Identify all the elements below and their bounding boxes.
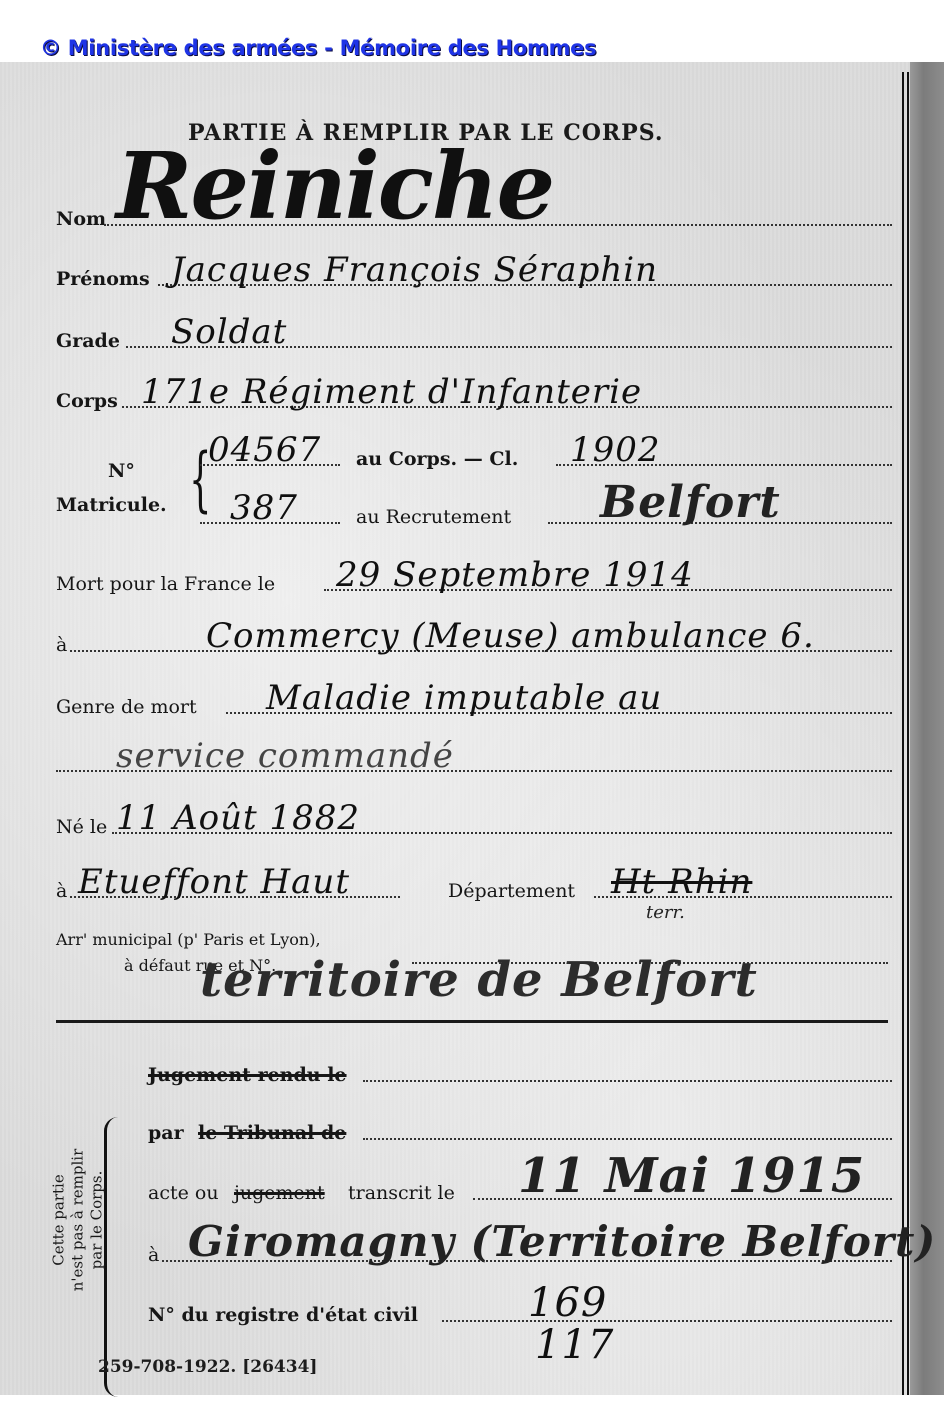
label-corps: Corps bbox=[56, 390, 118, 412]
label-au-corps: au Corps. — Cl. bbox=[356, 448, 518, 470]
label-mort-date: Mort pour la France le bbox=[56, 573, 275, 595]
value-registre-extra: 117 bbox=[535, 1322, 614, 1368]
label-prenoms: Prénoms bbox=[56, 268, 150, 290]
label-acte-struck: jugement bbox=[234, 1182, 325, 1204]
dotted-line bbox=[363, 1138, 892, 1140]
field-grade: Grade Soldat bbox=[56, 324, 892, 354]
field-genre-mort-cont: service commandé bbox=[56, 748, 892, 778]
value-registre: 169 bbox=[528, 1280, 607, 1326]
value-classe: 1902 bbox=[570, 430, 661, 470]
value-acte-lieu: Giromagny (Territoire Belfort) bbox=[188, 1217, 936, 1266]
field-acte: acte ou jugement transcrit le 11 Mai 191… bbox=[148, 1176, 892, 1206]
label-naissance-date: Né le bbox=[56, 816, 107, 838]
value-genre-mort-1: Maladie imputable au bbox=[266, 678, 662, 718]
field-naissance-date: Né le 11 Août 1882 bbox=[56, 810, 892, 840]
field-matricule-recrutement: 387 au Recrutement Belfort bbox=[200, 500, 892, 530]
field-registre: N° du registre d'état civil 169 bbox=[148, 1298, 892, 1328]
field-nom: Nom Reiniche bbox=[56, 202, 892, 232]
label-grade: Grade bbox=[56, 330, 120, 352]
side-note-line: Cette partie bbox=[50, 1149, 69, 1292]
label-genre-mort: Genre de mort bbox=[56, 696, 197, 718]
value-genre-mort-2: service commandé bbox=[116, 736, 454, 776]
side-note-line: par le Corps. bbox=[88, 1149, 107, 1292]
scan-edge bbox=[910, 62, 944, 1395]
label-jugement: Jugement rendu le bbox=[148, 1064, 347, 1086]
field-tribunal: par le Tribunal de bbox=[148, 1116, 892, 1146]
field-acte-lieu: à Giromagny (Territoire Belfort) bbox=[148, 1238, 892, 1268]
value-recrutement: Belfort bbox=[600, 477, 781, 528]
field-genre-mort: Genre de mort Maladie imputable au bbox=[56, 690, 892, 720]
side-note-line: n'est pas à remplir bbox=[69, 1149, 88, 1292]
label-registre: N° du registre d'état civil bbox=[148, 1304, 418, 1326]
death-record-card: PARTIE À REMPLIR PAR LE CORPS. Nom Reini… bbox=[0, 62, 944, 1395]
border-rule bbox=[902, 72, 904, 1395]
label-transcrit: transcrit le bbox=[348, 1182, 455, 1204]
value-departement-correction: terr. bbox=[646, 902, 685, 923]
value-matricule-corps: 04567 bbox=[208, 430, 321, 470]
value-acte-date: 11 Mai 1915 bbox=[518, 1148, 865, 1204]
field-mort-date: Mort pour la France le 29 Septembre 1914 bbox=[56, 567, 892, 597]
value-arrondissement: territoire de Belfort bbox=[200, 952, 758, 1008]
value-naissance-lieu: Etueffont Haut bbox=[78, 862, 350, 902]
side-note: Cette partie n'est pas à remplir par le … bbox=[20, 1105, 140, 1335]
section-divider bbox=[56, 1020, 888, 1023]
field-prenoms: Prénoms Jacques François Séraphin bbox=[56, 262, 892, 292]
field-naissance-lieu: à Etueffont Haut Département Ht Rhin ter… bbox=[56, 874, 892, 904]
dotted-line bbox=[442, 1320, 892, 1322]
value-departement-struck: Ht Rhin bbox=[611, 862, 752, 902]
label-naissance-lieu: à bbox=[56, 880, 67, 902]
label-au-recrutement: au Recrutement bbox=[356, 506, 511, 528]
value-prenoms: Jacques François Séraphin bbox=[171, 250, 658, 290]
value-nom: Reiniche bbox=[116, 132, 553, 240]
label-tribunal: le Tribunal de bbox=[198, 1122, 346, 1144]
label-nom: Nom bbox=[56, 208, 106, 230]
dotted-line bbox=[363, 1080, 892, 1082]
label-mort-lieu: à bbox=[56, 634, 67, 656]
field-mort-lieu: à Commercy (Meuse) ambulance 6. bbox=[56, 628, 892, 658]
label-departement: Département bbox=[448, 880, 575, 902]
field-jugement: Jugement rendu le bbox=[148, 1058, 892, 1088]
field-corps: Corps 171e Régiment d'Infanterie bbox=[56, 384, 892, 414]
label-acte-prefix: acte ou bbox=[148, 1182, 219, 1204]
watermark: © Ministère des armées - Mémoire des Hom… bbox=[40, 36, 596, 60]
value-matricule-recrutement: 387 bbox=[230, 488, 298, 528]
value-grade: Soldat bbox=[171, 312, 287, 352]
value-naissance-date: 11 Août 1882 bbox=[116, 798, 360, 838]
value-mort-date: 29 Septembre 1914 bbox=[336, 555, 694, 595]
field-matricule-corps: 04567 au Corps. — Cl. 1902 bbox=[200, 442, 892, 472]
border-rule bbox=[907, 72, 909, 1395]
value-mort-lieu: Commercy (Meuse) ambulance 6. bbox=[206, 616, 815, 656]
print-reference: 259-708-1922. [26434] bbox=[98, 1357, 317, 1377]
value-corps: 171e Régiment d'Infanterie bbox=[141, 372, 642, 412]
label-par: par bbox=[148, 1122, 184, 1144]
label-acte-lieu: à bbox=[148, 1244, 159, 1266]
